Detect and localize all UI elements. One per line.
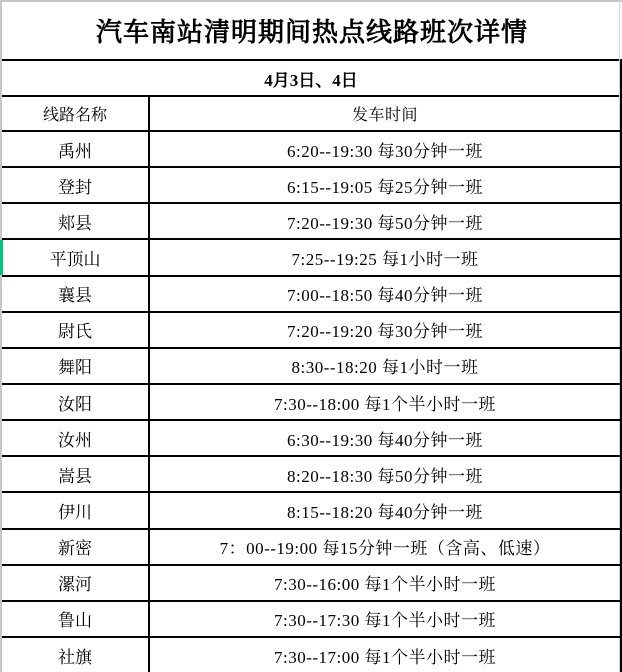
route-name-cell: 尉氏	[2, 313, 150, 347]
table-row: 社旗 7:30--17:00 每1个半小时一班	[2, 638, 620, 672]
departure-time-cell: 8:30--18:20 每1小时一班	[150, 349, 620, 383]
route-name-cell: 漯河	[2, 566, 150, 600]
table-row: 尉氏 7:20--19:20 每30分钟一班	[2, 313, 620, 349]
departure-time-cell: 8:20--18:30 每50分钟一班	[150, 457, 620, 491]
table-row: 伊川 8:15--18:20 每40分钟一班	[2, 493, 620, 529]
table-row: 郏县 7:20--19:30 每50分钟一班	[2, 204, 620, 240]
departure-time-cell: 6:30--19:30 每40分钟一班	[150, 421, 620, 455]
route-name-cell: 汝州	[2, 421, 150, 455]
table-row: 汝阳 7:30--18:00 每1个半小时一班	[2, 385, 620, 421]
table-row: 舞阳 8:30--18:20 每1小时一班	[2, 349, 620, 385]
row-highlight-marker	[0, 240, 3, 274]
date-header: 4月3日、4日	[2, 61, 622, 97]
route-name-cell: 禹州	[2, 132, 150, 166]
departure-time-cell: 6:15--19:05 每25分钟一班	[150, 168, 620, 202]
table-row: 嵩县 8:20--18:30 每50分钟一班	[2, 457, 620, 493]
route-name-cell: 襄县	[2, 277, 150, 311]
table-row: 新密 7：00--19:00 每15分钟一班（含高、低速）	[2, 530, 620, 566]
table-header-row: 线路名称 发车时间	[2, 97, 620, 132]
departure-time-cell: 7:25--19:25 每1小时一班	[150, 240, 620, 274]
table-row: 登封 6:15--19:05 每25分钟一班	[2, 168, 620, 204]
route-name-cell: 社旗	[2, 638, 150, 672]
route-name-cell: 郏县	[2, 204, 150, 238]
table-row: 汝州 6:30--19:30 每40分钟一班	[2, 421, 620, 457]
departure-time-cell: 7:20--19:30 每50分钟一班	[150, 204, 620, 238]
route-name-cell: 新密	[2, 530, 150, 564]
departure-time-cell: 7:20--19:20 每30分钟一班	[150, 313, 620, 347]
table-row: 鲁山 7:30--17:30 每1个半小时一班	[2, 602, 620, 638]
departure-time-cell: 8:15--18:20 每40分钟一班	[150, 493, 620, 527]
departure-time-cell: 6:20--19:30 每30分钟一班	[150, 132, 620, 166]
table-row-highlighted: 平顶山 7:25--19:25 每1小时一班	[2, 240, 620, 276]
route-name-cell: 汝阳	[2, 385, 150, 419]
route-name-cell: 登封	[2, 168, 150, 202]
route-name-cell: 嵩县	[2, 457, 150, 491]
table-row: 漯河 7:30--16:00 每1个半小时一班	[2, 566, 620, 602]
departure-time-cell: 7:30--18:00 每1个半小时一班	[150, 385, 620, 419]
departure-time-cell: 7:30--17:00 每1个半小时一班	[150, 638, 620, 672]
departure-time-cell: 7:30--16:00 每1个半小时一班	[150, 566, 620, 600]
schedule-table: 线路名称 发车时间 禹州 6:20--19:30 每30分钟一班 登封 6:15…	[2, 97, 622, 672]
route-name-cell: 平顶山	[2, 240, 150, 274]
route-name-cell: 舞阳	[2, 349, 150, 383]
route-name-cell: 伊川	[2, 493, 150, 527]
table-row: 禹州 6:20--19:30 每30分钟一班	[2, 132, 620, 168]
departure-time-cell: 7:00--18:50 每40分钟一班	[150, 277, 620, 311]
route-name-cell: 鲁山	[2, 602, 150, 636]
page-title: 汽车南站清明期间热点线路班次详情	[2, 2, 622, 61]
timetable-sheet: 汽车南站清明期间热点线路班次详情 4月3日、4日 线路名称 发车时间 禹州 6:…	[0, 0, 622, 672]
departure-time-cell: 7:30--17:30 每1个半小时一班	[150, 602, 620, 636]
table-row: 襄县 7:00--18:50 每40分钟一班	[2, 277, 620, 313]
departure-time-cell: 7：00--19:00 每15分钟一班（含高、低速）	[150, 530, 620, 564]
column-header-route: 线路名称	[2, 97, 150, 130]
column-header-time: 发车时间	[150, 97, 620, 130]
